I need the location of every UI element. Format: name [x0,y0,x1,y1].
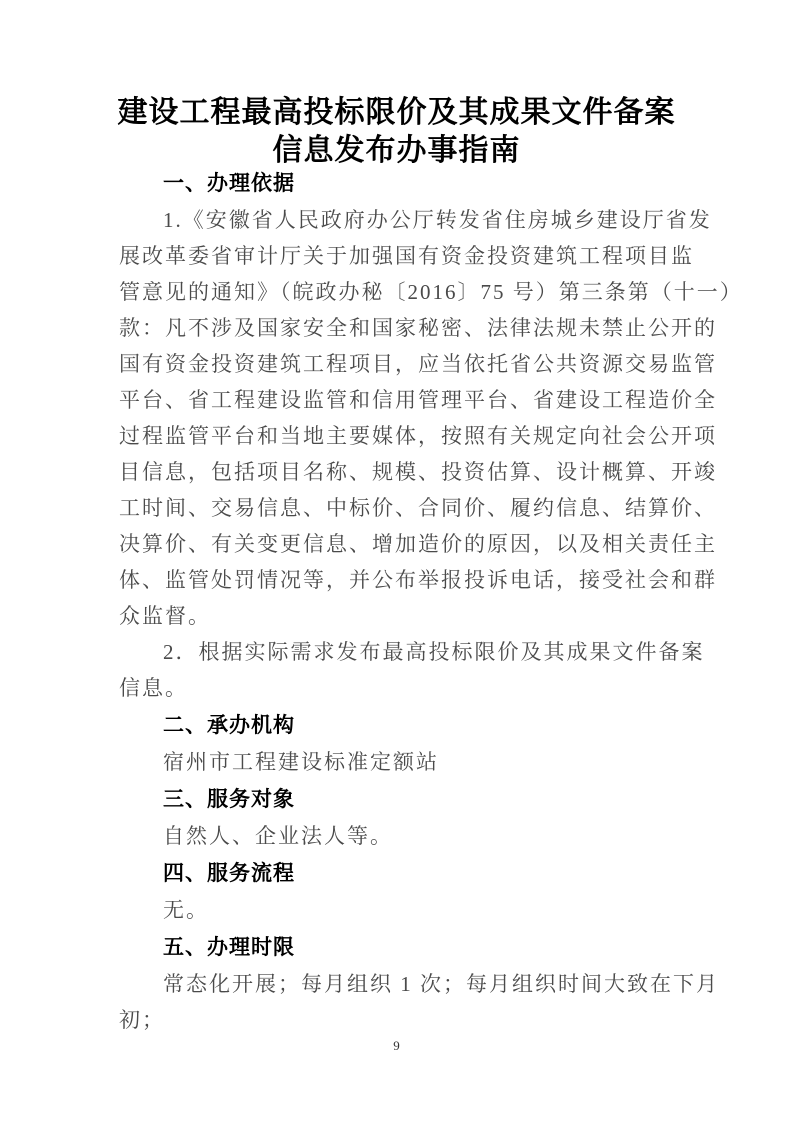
section-heading-2: 二、承办机构 [119,708,677,744]
document-page: 建设工程最高投标限价及其成果文件备案 信息发布办事指南 一、办理依据 1.《安徽… [0,0,793,1122]
body-line: 目信息，包括项目名称、规模、投资估算、设计概算、开竣 [119,454,677,490]
body-line: 决算价、有关变更信息、增加造价的原因，以及相关责任主 [119,526,677,562]
body-line: 初； [119,1002,677,1038]
section-heading-1: 一、办理依据 [119,166,677,202]
body-line: 平台、省工程建设监管和信用管理平台、省建设工程造价全 [119,382,677,418]
body-line: 众监督。 [119,598,677,634]
body-line: 2．根据实际需求发布最高投标限价及其成果文件备案 [119,634,677,670]
process-line: 无。 [119,892,677,928]
body-line: 管意见的通知》（皖政办秘〔2016〕75 号）第三条第（十一） [119,274,677,310]
body-line: 体、监管处罚情况等，并公布举报投诉电话，接受社会和群 [119,562,677,598]
page-number: 9 [0,1038,793,1054]
body-line: 常态化开展；每月组织 1 次；每月组织时间大致在下月 [119,966,677,1002]
section-heading-5: 五、办理时限 [119,930,677,966]
section-heading-3: 三、服务对象 [119,782,677,818]
page-title-line-1: 建设工程最高投标限价及其成果文件备案 [90,94,703,132]
organization-line: 宿州市工程建设标准定额站 [119,744,677,780]
body-line: 国有资金投资建筑工程项目，应当依托省公共资源交易监管 [119,346,677,382]
body-line: 过程监管平台和当地主要媒体，按照有关规定向社会公开项 [119,418,677,454]
page-title-line-2: 信息发布办事指南 [90,132,703,170]
body-line: 信息。 [119,670,677,706]
body-line: 展改革委省审计厅关于加强国有资金投资建筑工程项目监 [119,238,677,274]
body-line: 款：凡不涉及国家安全和国家秘密、法律法规未禁止公开的 [119,310,677,346]
body-line: 工时间、交易信息、中标价、合同价、履约信息、结算价、 [119,490,677,526]
document-body: 一、办理依据 1.《安徽省人民政府办公厅转发省住房城乡建设厅省发 展改革委省审计… [119,166,677,1038]
page-title: 建设工程最高投标限价及其成果文件备案 信息发布办事指南 [90,94,703,170]
section-heading-4: 四、服务流程 [119,856,677,892]
audience-line: 自然人、企业法人等。 [119,818,677,854]
body-line: 1.《安徽省人民政府办公厅转发省住房城乡建设厅省发 [119,202,677,238]
